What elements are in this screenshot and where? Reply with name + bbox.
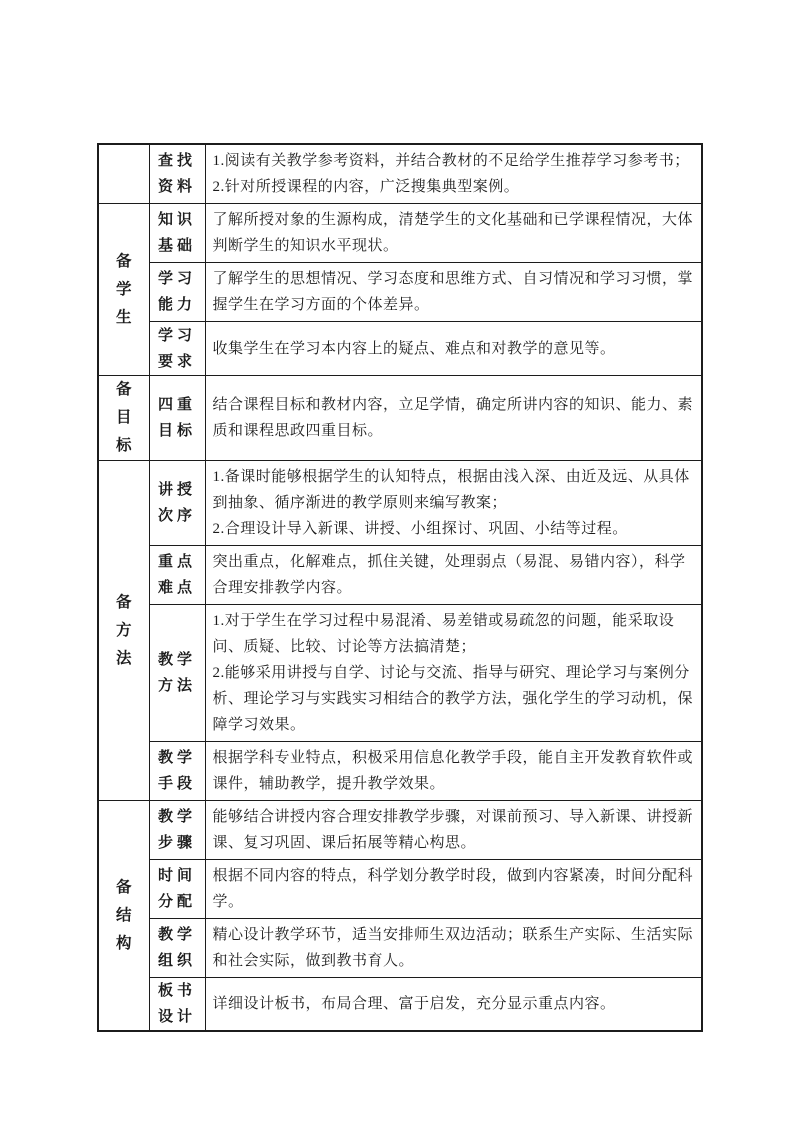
row-label: 教学方法 bbox=[156, 647, 198, 699]
table-row: 重点难点 突出重点，化解难点，抓住关键，处理弱点（易混、易错内容），科学合理安排… bbox=[98, 546, 702, 605]
row-content-cell: 能够结合讲授内容合理安排教学步骤，对课前预习、导入新课、讲授新课、复习巩固、课后… bbox=[205, 801, 702, 860]
content-paragraph: 详细设计板书，布局合理、富于启发，充分显示重点内容。 bbox=[213, 991, 697, 1017]
row-content-cell: 突出重点，化解难点，抓住关键，处理弱点（易混、易错内容），科学合理安排教学内容。 bbox=[205, 546, 702, 605]
lesson-prep-table: 查找资料 1.阅读有关教学参考资料，并结合教材的不足给学生推荐学习参考书； 2.… bbox=[97, 143, 703, 1032]
content-paragraph: 结合课程目标和教材内容，立足学情，确定所讲内容的知识、能力、素质和课程思政四重目… bbox=[213, 392, 697, 444]
row-label: 四重目标 bbox=[156, 392, 198, 444]
group-cell-prepare-methods: 备方法 bbox=[98, 461, 149, 801]
content-paragraph: 1.备课时能够根据学生的认知特点，根据由浅入深、由近及远、从具体到抽象、循序渐进… bbox=[213, 464, 697, 516]
content-paragraph: 收集学生在学习本内容上的疑点、难点和对教学的意见等。 bbox=[213, 336, 697, 362]
table-row: 教学组织 精心设计教学环节，适当安排师生双边活动；联系生产实际、生活实际和社会实… bbox=[98, 919, 702, 978]
content-paragraph: 了解所授对象的生源构成，清楚学生的文化基础和已学课程情况，大体判断学生的知识水平… bbox=[213, 207, 697, 259]
content-paragraph: 1.阅读有关教学参考资料，并结合教材的不足给学生推荐学习参考书； bbox=[213, 148, 697, 174]
table-row: 查找资料 1.阅读有关教学参考资料，并结合教材的不足给学生推荐学习参考书； 2.… bbox=[98, 144, 702, 204]
table-row: 备学生 知识基础 了解所授对象的生源构成，清楚学生的文化基础和已学课程情况，大体… bbox=[98, 204, 702, 263]
group-cell-prepare-goals: 备目标 bbox=[98, 376, 149, 461]
group-cell-empty bbox=[98, 144, 149, 204]
table-sheet: 查找资料 1.阅读有关教学参考资料，并结合教材的不足给学生推荐学习参考书； 2.… bbox=[97, 143, 703, 1032]
row-content-cell: 根据学科专业特点，积极采用信息化教学手段，能自主开发教育软件或课件，辅助教学，提… bbox=[205, 742, 702, 801]
row-label: 教学手段 bbox=[156, 745, 198, 797]
row-content-cell: 了解学生的思想情况、学习态度和思维方式、自习情况和学习习惯，掌握学生在学习方面的… bbox=[205, 263, 702, 322]
content-paragraph: 2.针对所授课程的内容，广泛搜集典型案例。 bbox=[213, 174, 697, 200]
row-content-cell: 1.对于学生在学习过程中易混淆、易差错或易疏忽的问题，能采取设问、质疑、比较、讨… bbox=[205, 605, 702, 742]
row-label: 讲授次序 bbox=[156, 477, 198, 529]
table-row: 时间分配 根据不同内容的特点，科学划分教学时段，做到内容紧凑，时间分配科学。 bbox=[98, 860, 702, 919]
row-label: 重点难点 bbox=[156, 549, 198, 601]
row-content-cell: 详细设计板书，布局合理、富于启发，充分显示重点内容。 bbox=[205, 978, 702, 1032]
row-label-cell: 时间分配 bbox=[149, 860, 205, 919]
content-paragraph: 精心设计教学环节，适当安排师生双边活动；联系生产实际、生活实际和社会实际，做到教… bbox=[213, 922, 697, 974]
table-row: 备结构 教学步骤 能够结合讲授内容合理安排教学步骤，对课前预习、导入新课、讲授新… bbox=[98, 801, 702, 860]
row-content-cell: 结合课程目标和教材内容，立足学情，确定所讲内容的知识、能力、素质和课程思政四重目… bbox=[205, 376, 702, 461]
row-label-cell: 讲授次序 bbox=[149, 461, 205, 546]
content-paragraph: 根据不同内容的特点，科学划分教学时段，做到内容紧凑，时间分配科学。 bbox=[213, 863, 697, 915]
group-label: 备结构 bbox=[115, 874, 132, 958]
table-row: 板书设计 详细设计板书，布局合理、富于启发，充分显示重点内容。 bbox=[98, 978, 702, 1032]
row-label: 教学组织 bbox=[156, 922, 198, 974]
row-content-cell: 1.备课时能够根据学生的认知特点，根据由浅入深、由近及远、从具体到抽象、循序渐进… bbox=[205, 461, 702, 546]
content-paragraph: 了解学生的思想情况、学习态度和思维方式、自习情况和学习习惯，掌握学生在学习方面的… bbox=[213, 266, 697, 318]
table-row: 学习要求 收集学生在学习本内容上的疑点、难点和对教学的意见等。 bbox=[98, 322, 702, 376]
row-label-cell: 学习要求 bbox=[149, 322, 205, 376]
row-label: 学习要求 bbox=[156, 323, 198, 375]
row-label-cell: 学习能力 bbox=[149, 263, 205, 322]
group-cell-prepare-structure: 备结构 bbox=[98, 801, 149, 1032]
content-paragraph: 2.能够采用讲授与自学、讨论与交流、指导与研究、理论学习与案例分析、理论学习与实… bbox=[213, 660, 697, 738]
content-paragraph: 突出重点，化解难点，抓住关键，处理弱点（易混、易错内容），科学合理安排教学内容。 bbox=[213, 549, 697, 601]
table-row: 学习能力 了解学生的思想情况、学习态度和思维方式、自习情况和学习习惯，掌握学生在… bbox=[98, 263, 702, 322]
content-paragraph: 根据学科专业特点，积极采用信息化教学手段，能自主开发教育软件或课件，辅助教学，提… bbox=[213, 745, 697, 797]
row-label-cell: 重点难点 bbox=[149, 546, 205, 605]
table-row: 备方法 讲授次序 1.备课时能够根据学生的认知特点，根据由浅入深、由近及远、从具… bbox=[98, 461, 702, 546]
row-content-cell: 根据不同内容的特点，科学划分教学时段，做到内容紧凑，时间分配科学。 bbox=[205, 860, 702, 919]
row-content-cell: 了解所授对象的生源构成，清楚学生的文化基础和已学课程情况，大体判断学生的知识水平… bbox=[205, 204, 702, 263]
row-label-cell: 板书设计 bbox=[149, 978, 205, 1032]
row-label: 板书设计 bbox=[156, 978, 198, 1030]
row-label: 时间分配 bbox=[156, 863, 198, 915]
table-row: 备目标 四重目标 结合课程目标和教材内容，立足学情，确定所讲内容的知识、能力、素… bbox=[98, 376, 702, 461]
content-paragraph: 2.合理设计导入新课、讲授、小组探讨、巩固、小结等过程。 bbox=[213, 516, 697, 542]
row-label-cell: 教学组织 bbox=[149, 919, 205, 978]
group-label: 备学生 bbox=[115, 248, 132, 332]
row-content-cell: 1.阅读有关教学参考资料，并结合教材的不足给学生推荐学习参考书； 2.针对所授课… bbox=[205, 144, 702, 204]
row-label: 知识基础 bbox=[156, 207, 198, 259]
table-row: 教学手段 根据学科专业特点，积极采用信息化教学手段，能自主开发教育软件或课件，辅… bbox=[98, 742, 702, 801]
group-label: 备方法 bbox=[115, 589, 132, 673]
row-content-cell: 收集学生在学习本内容上的疑点、难点和对教学的意见等。 bbox=[205, 322, 702, 376]
content-paragraph: 能够结合讲授内容合理安排教学步骤，对课前预习、导入新课、讲授新课、复习巩固、课后… bbox=[213, 804, 697, 856]
row-label-cell: 知识基础 bbox=[149, 204, 205, 263]
content-paragraph: 1.对于学生在学习过程中易混淆、易差错或易疏忽的问题，能采取设问、质疑、比较、讨… bbox=[213, 608, 697, 660]
row-label-cell: 教学方法 bbox=[149, 605, 205, 742]
row-label: 教学步骤 bbox=[156, 804, 198, 856]
table-row: 教学方法 1.对于学生在学习过程中易混淆、易差错或易疏忽的问题，能采取设问、质疑… bbox=[98, 605, 702, 742]
document-page: { "document": { "kind": "lesson-preparat… bbox=[0, 0, 794, 1122]
row-label-cell: 四重目标 bbox=[149, 376, 205, 461]
row-label-cell: 查找资料 bbox=[149, 144, 205, 204]
row-label-cell: 教学手段 bbox=[149, 742, 205, 801]
group-cell-prepare-students: 备学生 bbox=[98, 204, 149, 376]
group-label: 备目标 bbox=[115, 376, 132, 460]
row-label-cell: 教学步骤 bbox=[149, 801, 205, 860]
row-label: 学习能力 bbox=[156, 266, 198, 318]
row-label: 查找资料 bbox=[156, 148, 198, 200]
row-content-cell: 精心设计教学环节，适当安排师生双边活动；联系生产实际、生活实际和社会实际，做到教… bbox=[205, 919, 702, 978]
